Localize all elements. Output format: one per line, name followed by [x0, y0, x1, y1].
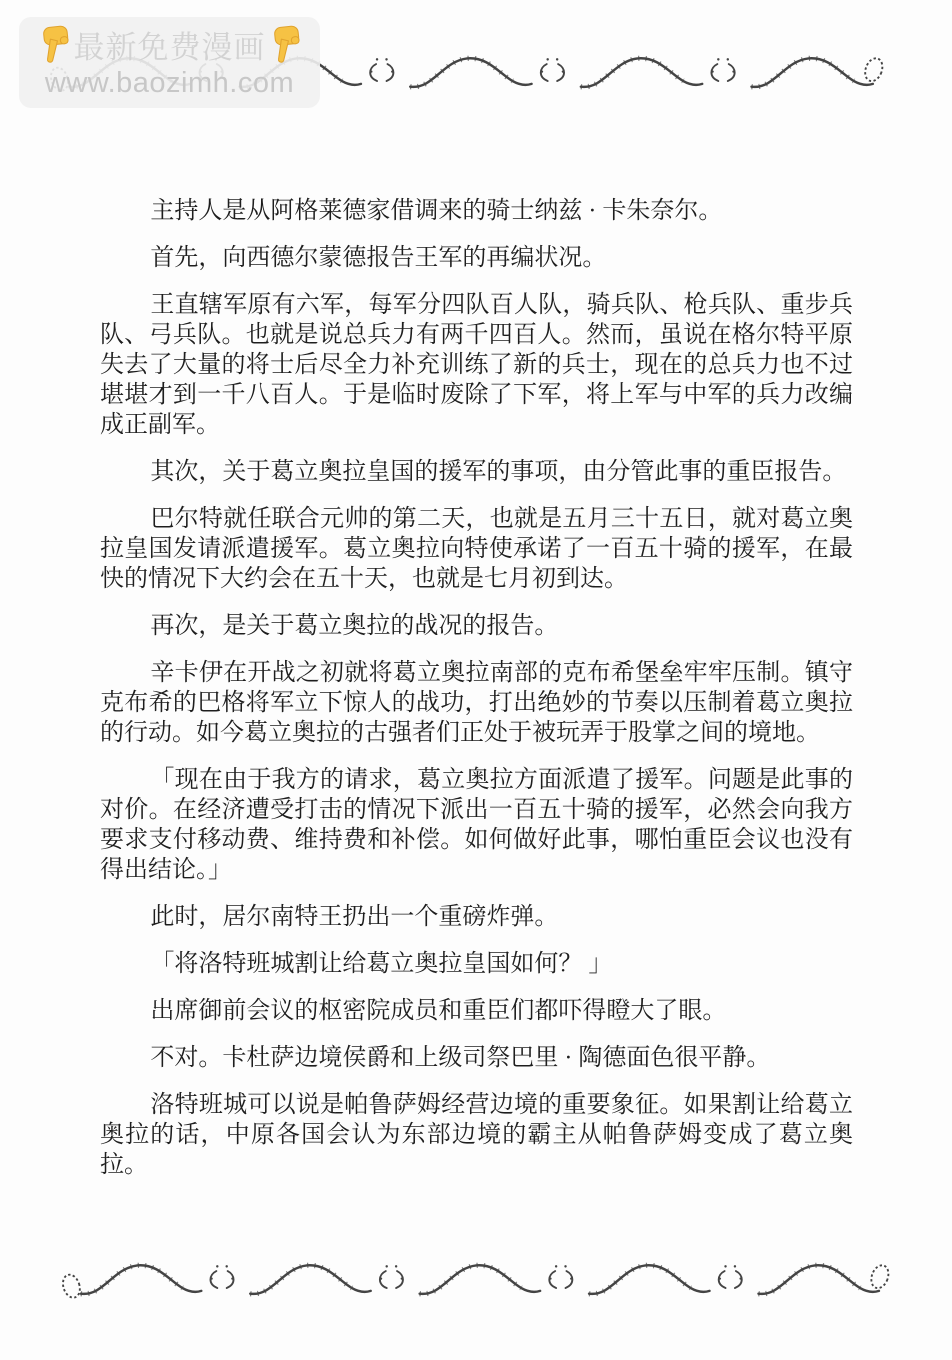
watermark-title: 最新免费漫画 — [74, 32, 266, 63]
paragraph-7: 辛卡伊在开战之初就将葛立奥拉南部的克布希堡垒牢牢压制。镇守克布希的巴格将军立下惊… — [100, 658, 853, 748]
pointing-down-hand-icon — [39, 25, 70, 65]
paragraph-9: 此时，居尔南特王扔出一个重磅炸弹。 — [100, 902, 853, 932]
paragraph-8: 「现在由于我方的请求，葛立奥拉方面派遣了援军。问题是此事的对价。在经济遭受打击的… — [100, 765, 853, 885]
pointing-down-hand-icon — [270, 25, 301, 65]
paragraph-10: 「将洛特班城割让给葛立奥拉皇国如何？ 」 — [100, 949, 853, 979]
novel-page: 最新免费漫画 www.baozimh.com 主持人是从阿格莱德家借调来的骑士纳… — [0, 0, 952, 1360]
watermark-badge: 最新免费漫画 www.baozimh.com — [19, 17, 320, 108]
paragraph-6: 再次，是关于葛立奥拉的战况的报告。 — [100, 611, 853, 641]
paragraph-11: 出席御前会议的枢密院成员和重臣们都吓得瞪大了眼。 — [100, 996, 853, 1026]
watermark-title-row: 最新免费漫画 — [39, 29, 301, 65]
paragraph-4: 其次，关于葛立奥拉皇国的援军的事项，由分管此事的重臣报告。 — [100, 457, 853, 487]
chapter-text: 主持人是从阿格莱德家借调来的骑士纳兹 · 卡朱奈尔。 首先，向西德尔蒙德报告王军… — [100, 196, 853, 1197]
bottom-flourish-divider — [62, 1256, 894, 1305]
paragraph-5: 巴尔特就任联合元帅的第二天，也就是五月三十五日，就对葛立奥拉皇国发请派遣援军。葛… — [100, 504, 853, 594]
paragraph-3: 王直辖军原有六军，每军分四队百人队，骑兵队、枪兵队、重步兵队、弓兵队。也就是说总… — [100, 290, 853, 440]
paragraph-2: 首先，向西德尔蒙德报告王军的再编状况。 — [100, 243, 853, 273]
paragraph-1: 主持人是从阿格莱德家借调来的骑士纳兹 · 卡朱奈尔。 — [100, 196, 853, 226]
paragraph-13: 洛特班城可以说是帕鲁萨姆经营边境的重要象征。如果割让给葛立奥拉的话，中原各国会认… — [100, 1090, 853, 1180]
paragraph-12: 不对。卡杜萨边境侯爵和上级司祭巴里 · 陶德面色很平静。 — [100, 1043, 853, 1073]
watermark-url: www.baozimh.com — [45, 69, 294, 98]
